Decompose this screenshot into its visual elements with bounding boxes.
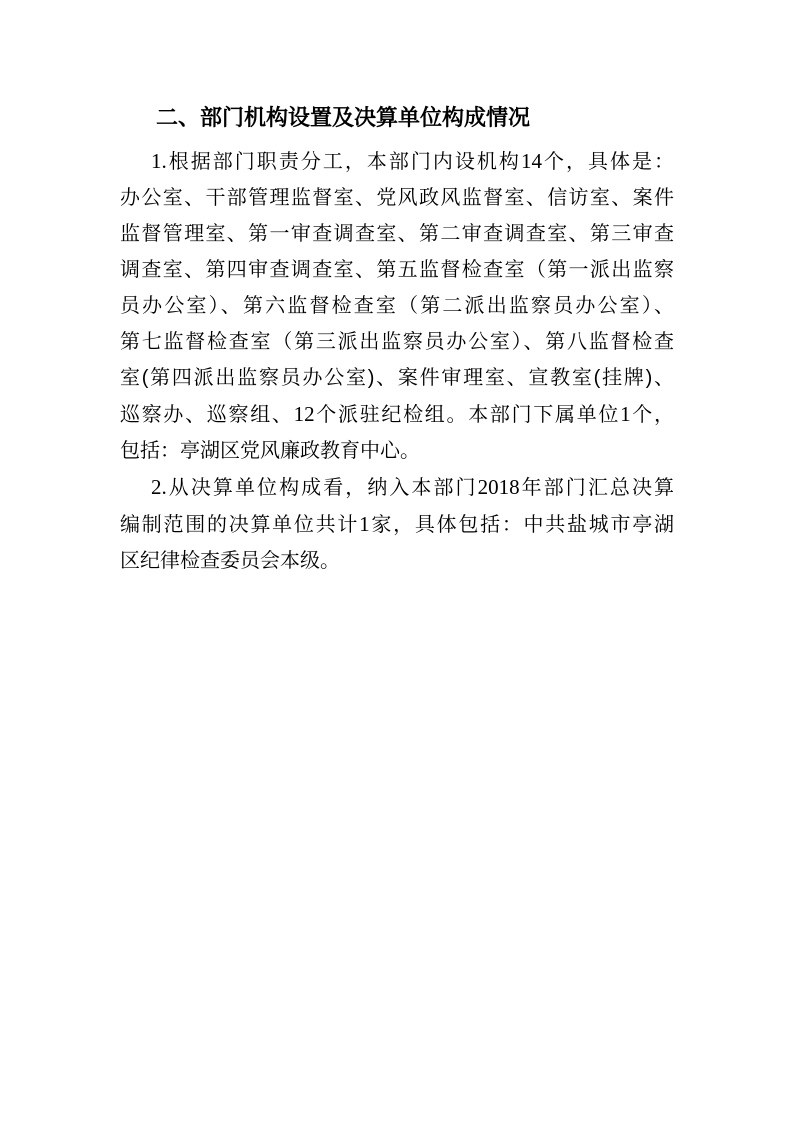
numeric-value: 14	[521, 149, 542, 173]
text-line: 区纪律检查委员会本级。	[120, 543, 674, 579]
numeric-value: 2018	[478, 475, 520, 499]
text-line: 编制范围的决算单位共计1家，具体包括：中共盐城市亭湖	[120, 506, 674, 543]
text-line: 第七监督检查室（第三派出监察员办公室）、第八监督检查	[120, 324, 674, 360]
text-segment: 编制范围的决算单位共计	[120, 514, 359, 536]
text-line: 员办公室）、第六监督检查室（第二派出监察员办公室）、	[120, 288, 674, 324]
document-page: 二、部门机构设置及决算单位构成情况 1.根据部门职责分工，本部门内设机构14个，…	[0, 0, 794, 1123]
text-line: 1.根据部门职责分工，本部门内设机构14个，具体是：	[120, 143, 674, 180]
serial-number: 2.	[151, 475, 167, 499]
numeric-value: 12	[294, 402, 315, 426]
text-segment: 家，具体包括：中共盐城市亭湖	[370, 514, 674, 536]
text-segment: 个，	[631, 404, 674, 426]
text-line: 室(第四派出监察员办公室)、案件审理室、宣教室(挂牌)、	[120, 360, 674, 396]
paragraph-2: 2.从决算单位构成看，纳入本部门2018年部门汇总决算 编制范围的决算单位共计1…	[120, 469, 674, 579]
text-segment: 从决算单位构成看，纳入本部门	[167, 477, 478, 499]
text-line: 监督管理室、第一审查调查室、第二审查调查室、第三审查	[120, 216, 674, 252]
text-line: 巡察办、巡察组、12个派驻纪检组。本部门下属单位1个，	[120, 396, 674, 433]
text-segment: 个，具体是：	[542, 151, 674, 173]
text-line: 2.从决算单位构成看，纳入本部门2018年部门汇总决算	[120, 469, 674, 506]
text-segment: 根据部门职责分工，本部门内设机构	[167, 151, 521, 173]
document-content: 二、部门机构设置及决算单位构成情况 1.根据部门职责分工，本部门内设机构14个，…	[120, 100, 674, 579]
text-segment: 年部门汇总决算	[520, 477, 674, 499]
numeric-value: 1	[620, 402, 631, 426]
text-segment: 巡察办、巡察组、	[120, 404, 294, 426]
text-line: 调查室、第四审查调查室、第五监督检查室（第一派出监察	[120, 252, 674, 288]
text-segment: 个派驻纪检组。本部门下属单位	[315, 404, 621, 426]
numeric-value: 1	[359, 512, 370, 536]
serial-number: 1.	[151, 149, 167, 173]
text-line: 办公室、干部管理监督室、党风政风监督室、信访室、案件	[120, 180, 674, 216]
section-heading: 二、部门机构设置及决算单位构成情况	[120, 100, 674, 136]
paragraph-1: 1.根据部门职责分工，本部门内设机构14个，具体是： 办公室、干部管理监督室、党…	[120, 143, 674, 469]
text-line: 包括：亭湖区党风廉政教育中心。	[120, 433, 674, 469]
